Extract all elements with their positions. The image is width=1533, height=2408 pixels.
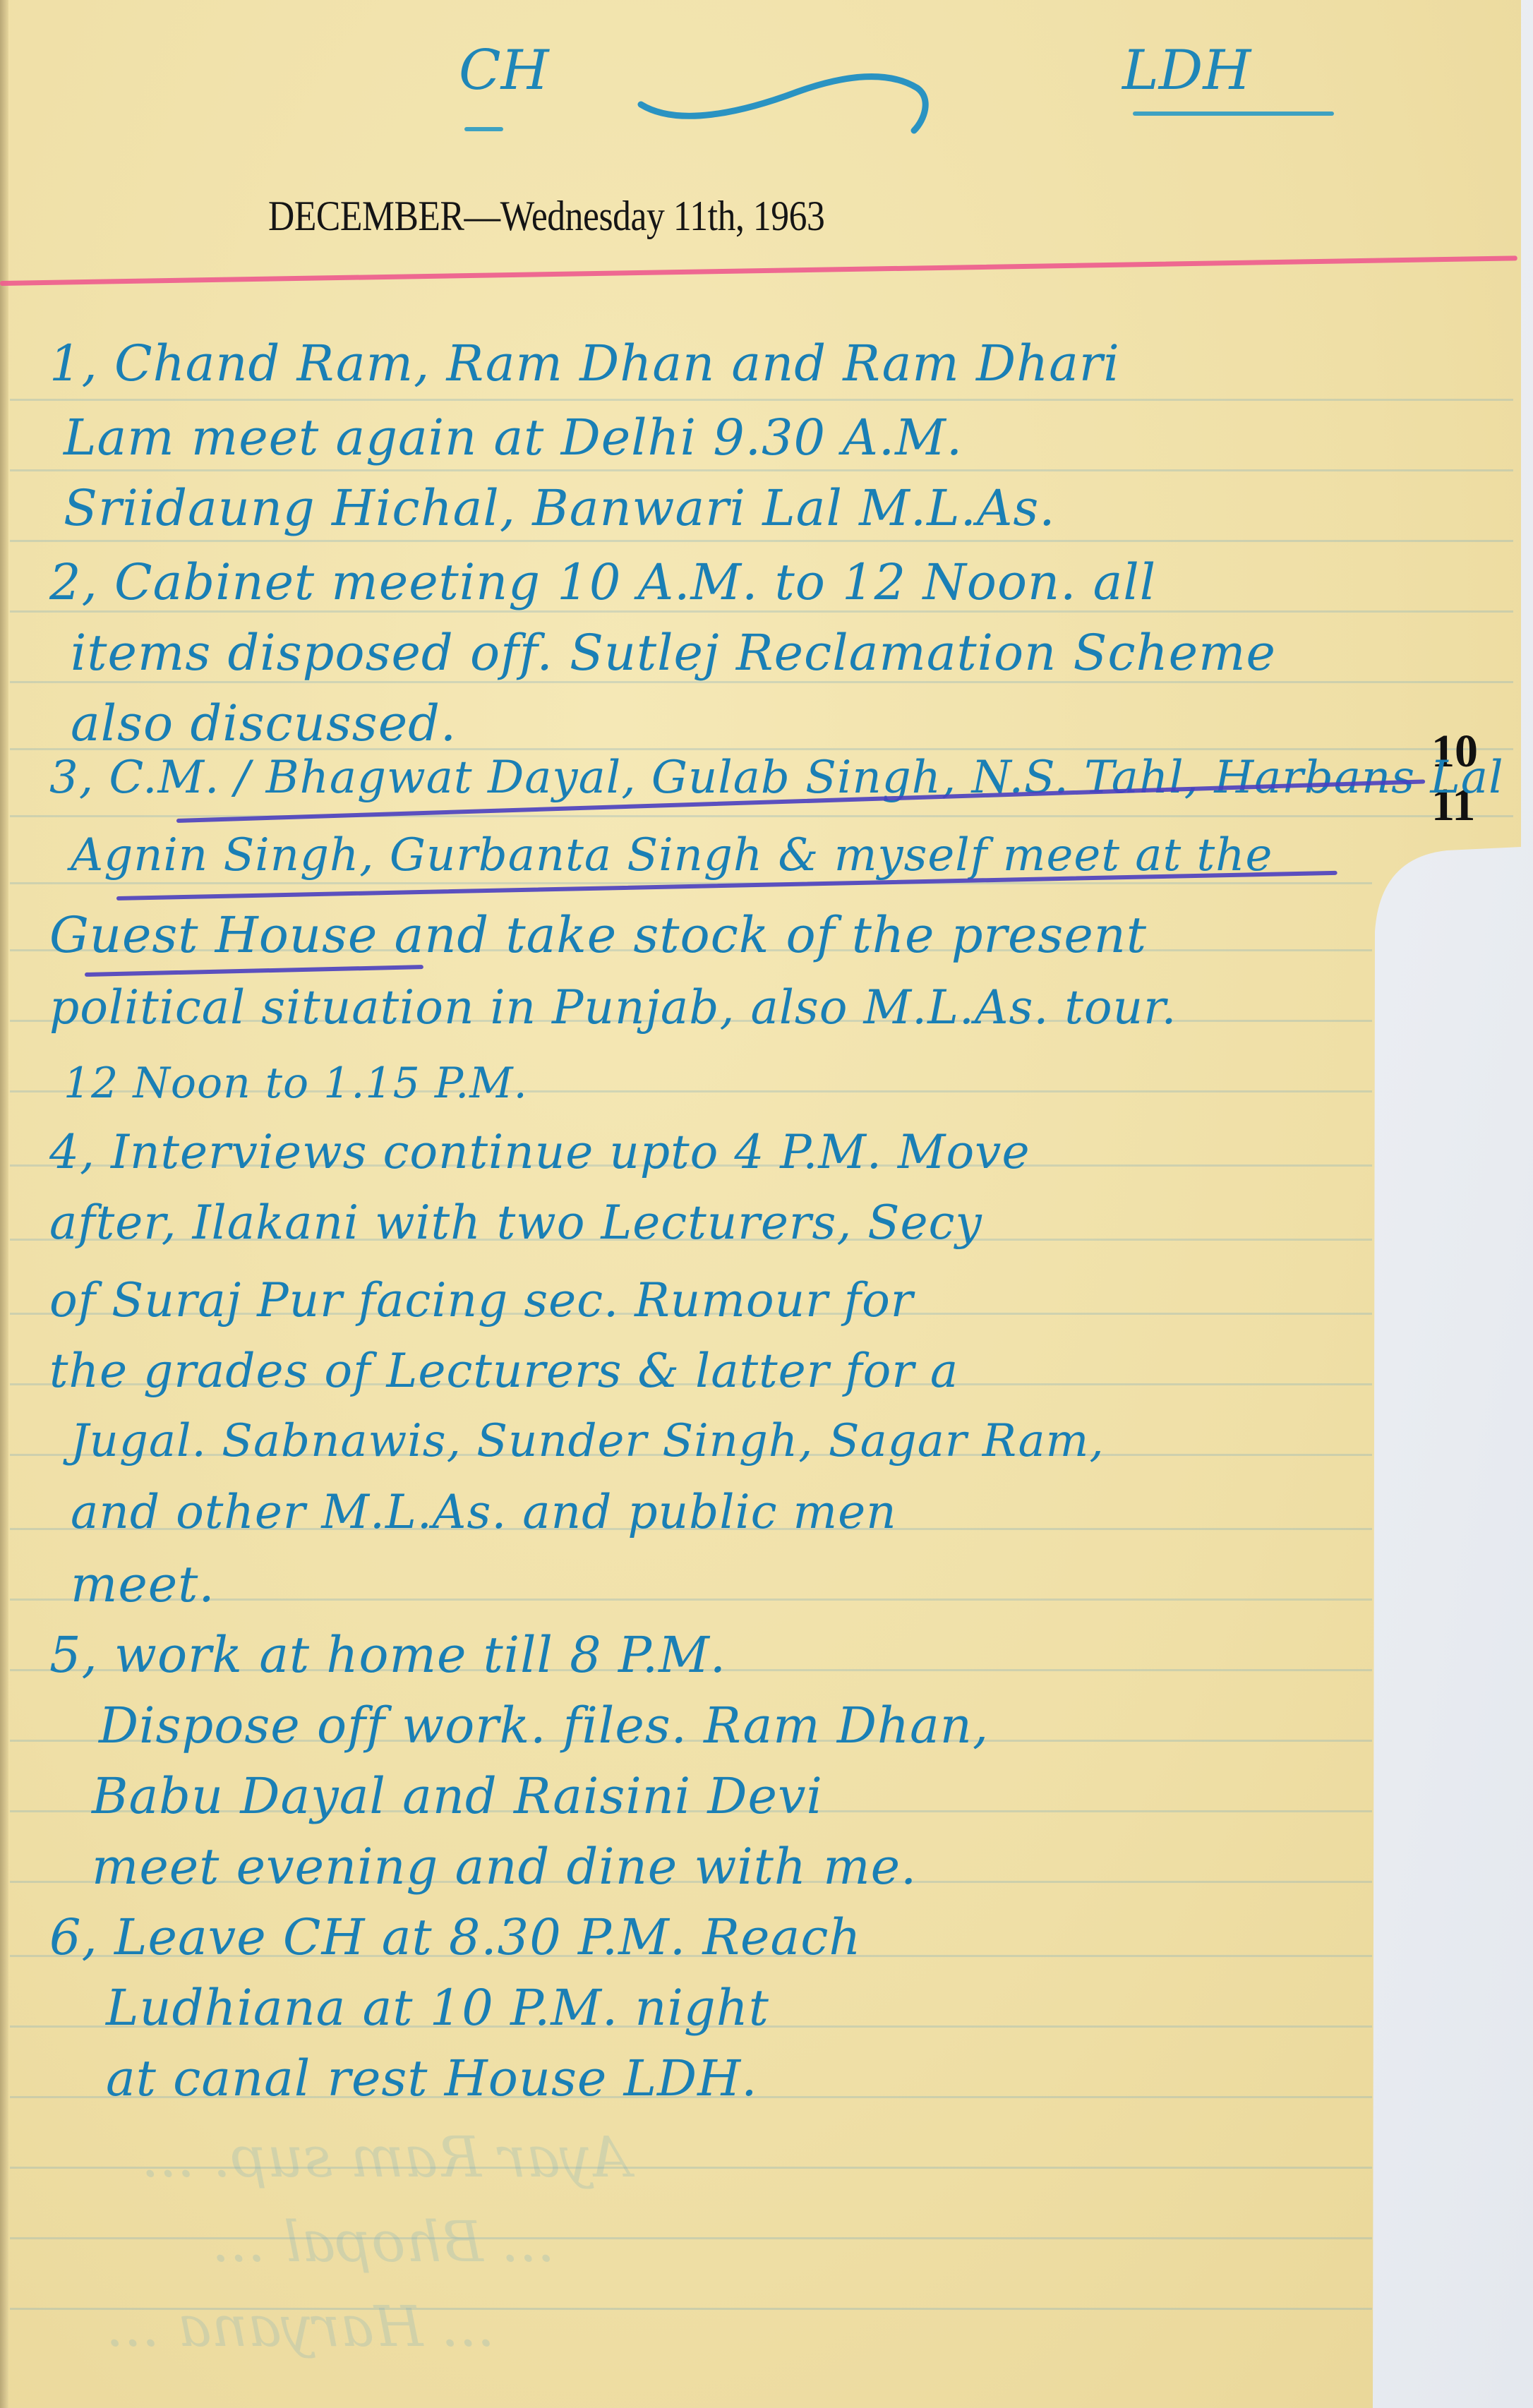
bleed-through-text: Ayar Ram sup. ... [141,2124,630,2190]
entry-4-line: and other M.L.As. and public men [71,1489,897,1536]
entry-4-line: after, Ilakani with two Lecturers, Secy [49,1200,982,1246]
ruled-line [10,540,1513,542]
entry-3-line: Agnin Singh, Gurbanta Singh & myself mee… [71,833,1273,878]
place-from: CH [459,39,549,102]
bleed-through-text: ... Haryana ... [106,2294,495,2359]
entry-2-line: items disposed off. Sutlej Reclamation S… [71,628,1276,678]
entry-4-line: the grades of Lecturers & latter for a [49,1348,958,1395]
entry-4-line: meet. [71,1560,215,1609]
entry-3-underline [85,965,423,977]
entry-3-line: 3, C.M. / Bhagwat Dayal, Gulab Singh, N.… [49,755,1504,800]
entry-5-line: Babu Dayal and Raisini Devi [92,1771,823,1821]
entry-2-line: also discussed. [71,699,457,748]
place-to: LDH [1122,39,1251,102]
entry-4-line: 4, Interviews continue upto 4 P.M. Move [49,1129,1030,1176]
entry-5-line: Dispose off work. files. Ram Dhan, [99,1701,989,1750]
place-from-underline [464,127,503,131]
entry-3-line: Guest House and take stock of the presen… [49,910,1147,960]
entry-6-line: Ludhiana at 10 P.M. night [106,1983,769,2033]
bleed-through-text: ... Bhopal ... [212,2209,555,2275]
ruled-line [10,399,1513,401]
date-header: DECEMBER—Wednesday 11th, 1963 [268,192,824,241]
entry-6-line: at canal rest House LDH. [106,2054,757,2103]
travel-arrow-icon [635,49,974,134]
entry-3-line: 12 Noon to 1.15 P.M. [64,1062,528,1104]
entry-6-line: 6, Leave CH at 8.30 P.M. Reach [49,1913,861,1962]
page-spine [0,0,8,2408]
ruled-line [10,469,1513,471]
entry-1-line: Sriidaung Hichal, Banwari Lal M.L.As. [64,483,1056,533]
entry-3-line: political situation in Punjab, also M.L.… [49,985,1177,1031]
entry-5-line: 5, work at home till 8 P.M. [49,1630,726,1680]
entry-2-line: 2, Cabinet meeting 10 A.M. to 12 Noon. a… [49,558,1156,607]
entry-4-line: of Suraj Pur facing sec. Rumour for [49,1277,913,1324]
place-to-underline [1133,112,1334,116]
entry-4-line: Jugal. Sabnawis, Sunder Singh, Sagar Ram… [71,1419,1105,1464]
entry-1-line: Lam meet again at Delhi 9.30 A.M. [64,413,963,462]
diary-page: Ayar Ram sup. ... ... Bhopal ... ... Har… [0,0,1521,2408]
entry-1-line: 1, Chand Ram, Ram Dhan and Ram Dhari [49,339,1120,388]
margin-rule [0,255,1517,286]
entry-5-line: meet evening and dine with me. [92,1842,917,1891]
